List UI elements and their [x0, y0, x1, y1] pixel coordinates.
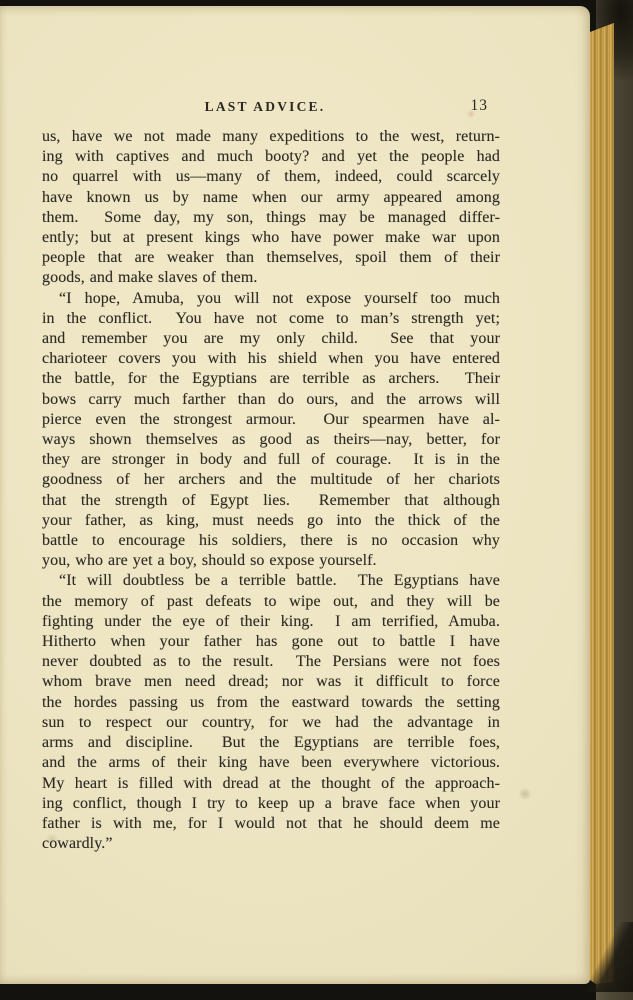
text-line: fighting under the eye of their king. I …: [42, 612, 500, 632]
book-page: LAST ADVICE. 13 us, have we not made man…: [0, 6, 590, 984]
text-line: bows carry much farther than do ours, an…: [42, 390, 500, 410]
paragraph: “It will doubtless be a terrible battle.…: [42, 571, 500, 854]
text-line: that the strength of Egypt lies. Remembe…: [42, 491, 500, 511]
text-line: and the arms of their king have been eve…: [42, 753, 500, 773]
text-line: they are stronger in body and full of co…: [42, 450, 500, 470]
text-line: goodness of her archers and the multitud…: [42, 470, 500, 490]
text-line: people that are weaker than themselves, …: [42, 248, 500, 268]
text-line: ing with captives and much booty? and ye…: [42, 147, 500, 167]
text-line: them. Some day, my son, things may be ma…: [42, 208, 500, 228]
text-line: in the conflict. You have not come to ma…: [42, 309, 500, 329]
paragraph: “I hope, Amuba, you will not expose your…: [42, 289, 500, 572]
text-line: father is with me, for I would not that …: [42, 814, 500, 834]
text-line: “It will doubtless be a terrible battle.…: [42, 571, 500, 591]
text-line: your father, as king, must needs go into…: [42, 511, 500, 531]
page-blemish: [518, 788, 532, 800]
text-line: never doubted as to the result. The Pers…: [42, 652, 500, 672]
scanned-book-photo: LAST ADVICE. 13 us, have we not made man…: [0, 0, 633, 1000]
page-edge-stack: [586, 18, 614, 984]
text-line: cowardly.”: [42, 834, 500, 854]
page-number: 13: [471, 97, 489, 115]
text-line: battle to encourage his soldiers, there …: [42, 531, 500, 551]
text-line: no quarrel with us—many of them, indeed,…: [42, 167, 500, 187]
text-line: sun to respect our country, for we had t…: [42, 713, 500, 733]
text-line: My heart is filled with dread at the tho…: [42, 774, 500, 794]
text-line: us, have we not made many expeditions to…: [42, 127, 500, 147]
text-line: ways shown themselves as good as theirs—…: [42, 430, 500, 450]
text-line: charioteer covers you with his shield wh…: [42, 349, 500, 369]
text-line: the hordes passing us from the eastward …: [42, 693, 500, 713]
text-line: ing conflict, though I try to keep up a …: [42, 794, 500, 814]
text-line: the memory of past defeats to wipe out, …: [42, 592, 500, 612]
text-line: Hitherto when your father has gone out t…: [42, 632, 500, 652]
text-line: the battle, for the Egyptians are terrib…: [42, 369, 500, 389]
text-line: ently; but at present kings who have pow…: [42, 228, 500, 248]
running-title: LAST ADVICE.: [42, 99, 488, 115]
body-text: us, have we not made many expeditions to…: [42, 127, 500, 854]
text-line: whom brave men need dread; nor was it di…: [42, 672, 500, 692]
text-line: pierce even the strongest armour. Our sp…: [42, 410, 500, 430]
text-line: goods, and make slaves of them.: [42, 268, 500, 288]
page-header: LAST ADVICE. 13: [42, 99, 488, 119]
text-line: “I hope, Amuba, you will not expose your…: [42, 289, 500, 309]
text-line: arms and discipline. But the Egyptians a…: [42, 733, 500, 753]
paragraph: us, have we not made many expeditions to…: [42, 127, 500, 289]
text-line: you, who are yet a boy, should so expose…: [42, 551, 500, 571]
text-line: and remember you are my only child. See …: [42, 329, 500, 349]
text-line: have known us by name when our army appe…: [42, 188, 500, 208]
